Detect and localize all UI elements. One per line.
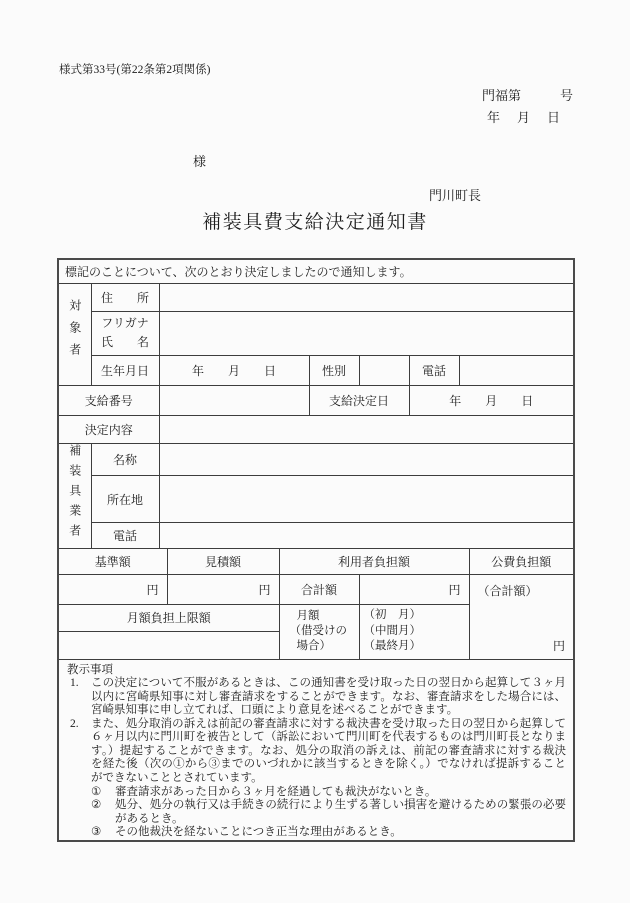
- vendor-phone-label: 電話: [91, 523, 159, 548]
- subject-address-value: [159, 283, 574, 311]
- subject-phone-label: 電話: [409, 355, 459, 385]
- grant-number-value: [159, 385, 309, 415]
- issuer-title: 門川町長: [429, 185, 481, 204]
- month-breakdown: （初 月） （中間月） （最終月）: [359, 604, 469, 659]
- monthly-cap-value: [58, 631, 279, 659]
- addressee-suffix: 様: [193, 151, 206, 170]
- notice-item-2: 2.また、処分取消の訴えは前記の審査請求に対する裁決書を受け取った日の翌日から起…: [65, 718, 566, 840]
- subject-group-label: 対象者: [58, 283, 91, 385]
- estimate-amount-value: 円: [167, 574, 279, 604]
- document-title: 補装具費支給決定通知書: [0, 207, 630, 234]
- grant-number-label: 支給番号: [58, 385, 159, 415]
- decision-date-label: 支給決定日: [309, 385, 409, 415]
- subject-furigana-name-label: フリガナ氏 名: [91, 311, 159, 355]
- month-mid-label: （中間月）: [364, 624, 469, 640]
- month-first-label: （初 月）: [364, 608, 469, 624]
- vendor-phone-value: [159, 523, 574, 548]
- vendor-name-label: 名称: [91, 443, 159, 476]
- public-total-yen: 円: [553, 637, 565, 654]
- subject-birthdate-value: 年 月 日: [159, 355, 309, 385]
- notice-table: 標記のことについて、次のとおり決定しましたので通知します。 対象者 住 所 フリ…: [57, 258, 575, 842]
- issue-date: 年 月 日: [487, 107, 562, 126]
- notice-subitem-1: ①審査請求があった日から３ヶ月を経過しても裁決がないとき。: [91, 786, 566, 800]
- month-last-label: （最終月）: [364, 639, 469, 655]
- user-burden-header: 利用者負担額: [279, 548, 469, 574]
- public-expense-header: 公費負担額: [469, 548, 574, 574]
- public-total-label: （合計額）: [478, 582, 538, 599]
- vendor-group-label: 補装具業者: [58, 443, 91, 548]
- vendor-address-label: 所在地: [91, 476, 159, 523]
- subject-name-value: [159, 311, 574, 355]
- decision-content-value: [159, 415, 574, 443]
- monthly-cap-label: 月額負担上限額: [58, 604, 279, 631]
- vendor-name-value: [159, 443, 574, 476]
- notice-item-1: 1.この決定について不服があるときは、この通知書を受け取った日の翌日から起算して…: [65, 677, 566, 718]
- user-burden-total-value: 円: [359, 574, 469, 604]
- notice-title: 教示事項: [65, 664, 566, 678]
- notice-subitem-3: ③その他裁決を経ないことにつき正当な理由があるとき。: [91, 826, 566, 840]
- subject-phone-value: [459, 355, 574, 385]
- document-number: 門福第 号: [482, 85, 573, 104]
- notice-subitem-2: ②処分、処分の執行又は手続きの続行により生ずる著しい損害を避けるための緊張の必要…: [91, 799, 566, 826]
- base-amount-value: 円: [58, 574, 167, 604]
- monthly-rental-label: 月額 （借受けの 場合）: [279, 604, 359, 659]
- notice-section: 教示事項 1.この決定について不服があるときは、この通知書を受け取った日の翌日か…: [58, 659, 574, 841]
- form-reference-number: 様式第33号(第22条第2項関係): [59, 61, 210, 77]
- document-page: 様式第33号(第22条第2項関係) 門福第 号 年 月 日 様 門川町長 補装具…: [0, 0, 630, 903]
- subject-sex-value: [359, 355, 409, 385]
- vendor-address-value: [159, 476, 574, 523]
- user-burden-total-label: 合計額: [279, 574, 359, 604]
- intro-text: 標記のことについて、次のとおり決定しましたので通知します。: [58, 259, 574, 283]
- base-amount-header: 基準額: [58, 548, 167, 574]
- subject-sex-label: 性別: [309, 355, 359, 385]
- subject-address-label: 住 所: [91, 283, 159, 311]
- decision-date-value: 年 月 日: [409, 385, 574, 415]
- public-expense-cell: （合計額） 円: [469, 574, 574, 659]
- decision-content-label: 決定内容: [58, 415, 159, 443]
- estimate-amount-header: 見積額: [167, 548, 279, 574]
- subject-birthdate-label: 生年月日: [91, 355, 159, 385]
